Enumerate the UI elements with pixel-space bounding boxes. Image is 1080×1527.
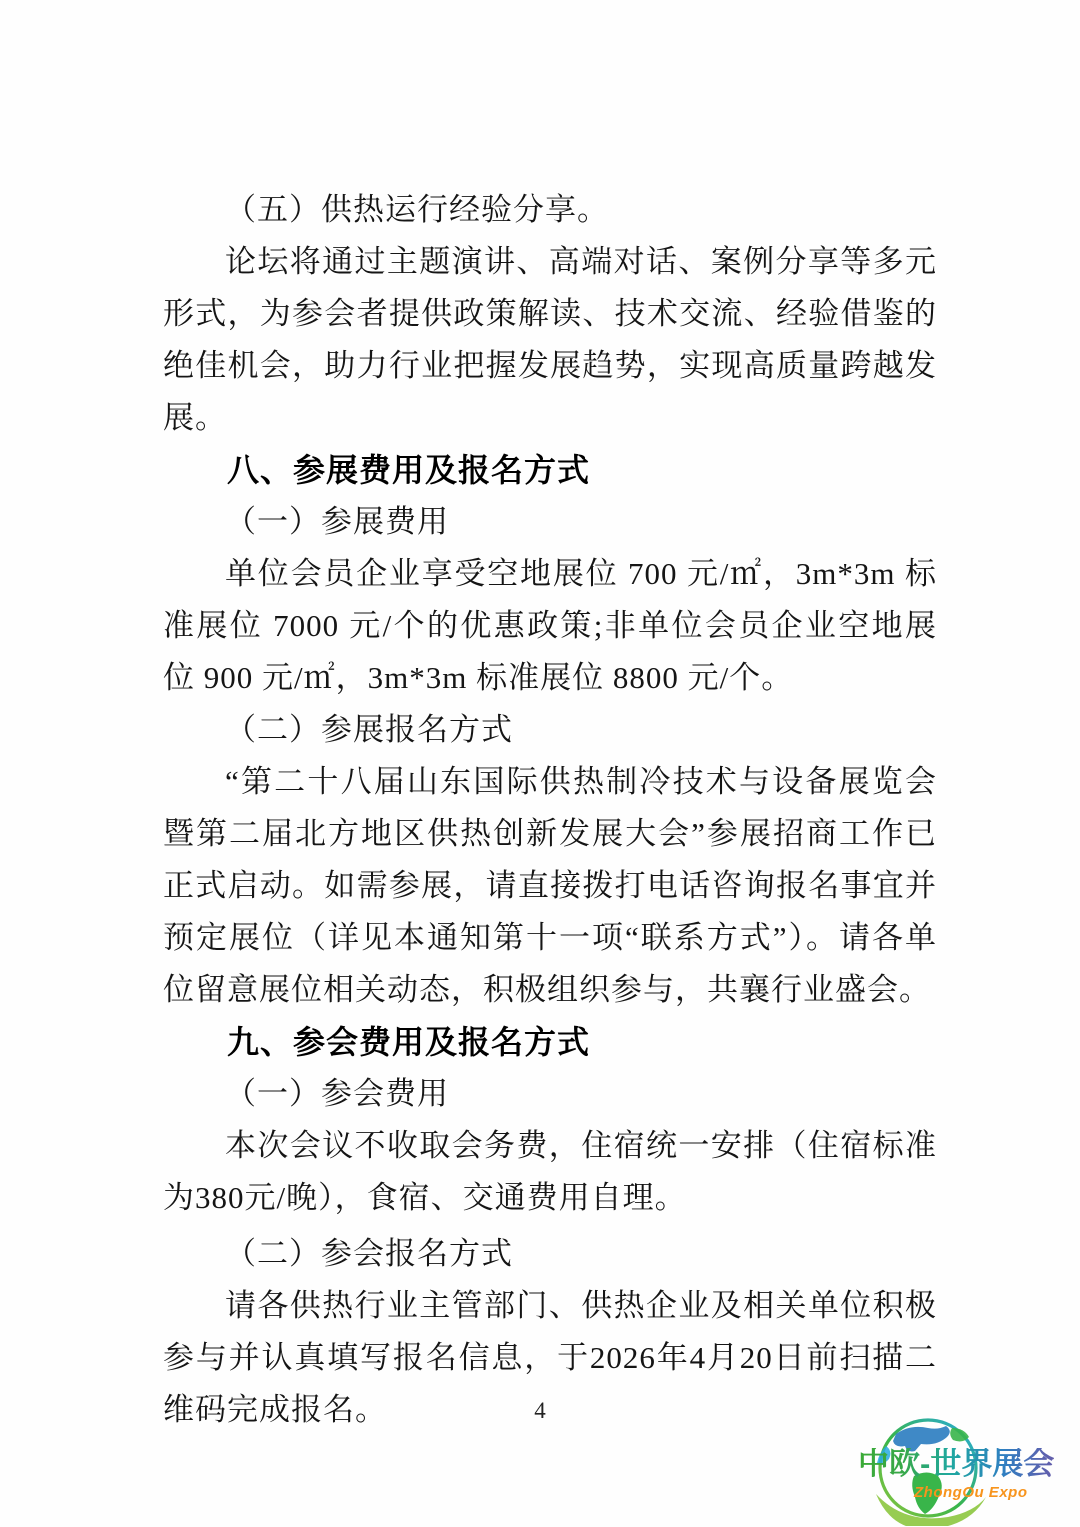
- paragraph-exhibit-reg-body: “第二十八届山东国际供热制冷技术与设备展览会暨第二届北方地区供热创新发展大会”参…: [163, 756, 937, 1016]
- paragraph-attend-reg-title: （二）参会报名方式: [163, 1228, 937, 1280]
- paragraph-item5: （五）供热运行经验分享。: [163, 184, 937, 236]
- document-page: （五）供热运行经验分享。 论坛将通过主题演讲、高端对话、案例分享等多元形式，为参…: [0, 0, 1080, 1527]
- logo-title: 中欧-世界展会: [858, 1448, 1078, 1479]
- zhongou-expo-logo: 中欧-世界展会 ZhongOu Expo: [856, 1410, 1078, 1527]
- paragraph-attend-fee-title: （一）参会费用: [163, 1068, 937, 1120]
- paragraph-exhibit-reg-title: （二）参展报名方式: [163, 704, 937, 756]
- paragraph-attend-fee-body: 本次会议不收取会务费，住宿统一安排（住宿标准为380元/晚），食宿、交通费用自理…: [163, 1120, 937, 1224]
- logo-subtitle: ZhongOu Expo: [914, 1484, 1027, 1501]
- paragraph-forum-intro: 论坛将通过主题演讲、高端对话、案例分享等多元形式，为参会者提供政策解读、技术交流…: [163, 236, 937, 444]
- heading-section-8: 八、参展费用及报名方式: [163, 444, 937, 496]
- document-body: （五）供热运行经验分享。 论坛将通过主题演讲、高端对话、案例分享等多元形式，为参…: [163, 184, 937, 1436]
- heading-section-9: 九、参会费用及报名方式: [163, 1016, 937, 1068]
- paragraph-exhibit-fee-body: 单位会员企业享受空地展位 700 元/㎡，3m*3m 标准展位 7000 元/个…: [163, 548, 937, 704]
- paragraph-exhibit-fee-title: （一）参展费用: [163, 496, 937, 548]
